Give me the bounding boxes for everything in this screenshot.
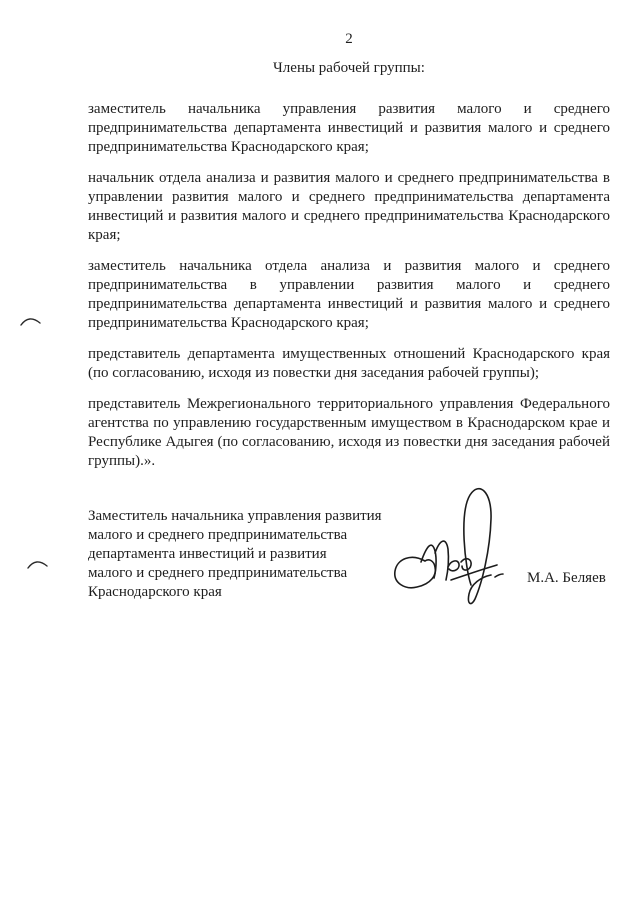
margin-scan-mark xyxy=(27,558,49,570)
paragraph: начальник отдела анализа и развития мало… xyxy=(88,169,610,245)
signatory-title-line: Заместитель начальника управления развит… xyxy=(88,507,382,526)
signatory-title-line: Краснодарского края xyxy=(88,583,382,602)
paragraph: заместитель начальника отдела анализа и … xyxy=(88,257,610,333)
signatory-title-line: малого и среднего предпринимательства xyxy=(88,526,382,545)
section-heading: Члены рабочей группы: xyxy=(88,59,610,78)
handwritten-signature xyxy=(391,485,519,617)
paragraph: представитель департамента имущественных… xyxy=(88,345,610,383)
signatory-title-line: департамента инвестиций и развития xyxy=(88,545,382,564)
margin-scan-mark xyxy=(20,315,42,327)
document-content: 2 Члены рабочей группы: заместитель нача… xyxy=(0,0,639,657)
signature-block: Заместитель начальника управления развит… xyxy=(88,507,610,657)
document-page: 2 Члены рабочей группы: заместитель нача… xyxy=(0,0,639,905)
signatory-title-line: малого и среднего предпринимательства xyxy=(88,564,382,583)
page-number: 2 xyxy=(88,30,610,49)
signatory-title: Заместитель начальника управления развит… xyxy=(88,507,382,602)
signatory-name: М.А. Беляев xyxy=(527,569,606,588)
paragraph: представитель Межрегионального территори… xyxy=(88,395,610,471)
paragraph: заместитель начальника управления развит… xyxy=(88,100,610,157)
